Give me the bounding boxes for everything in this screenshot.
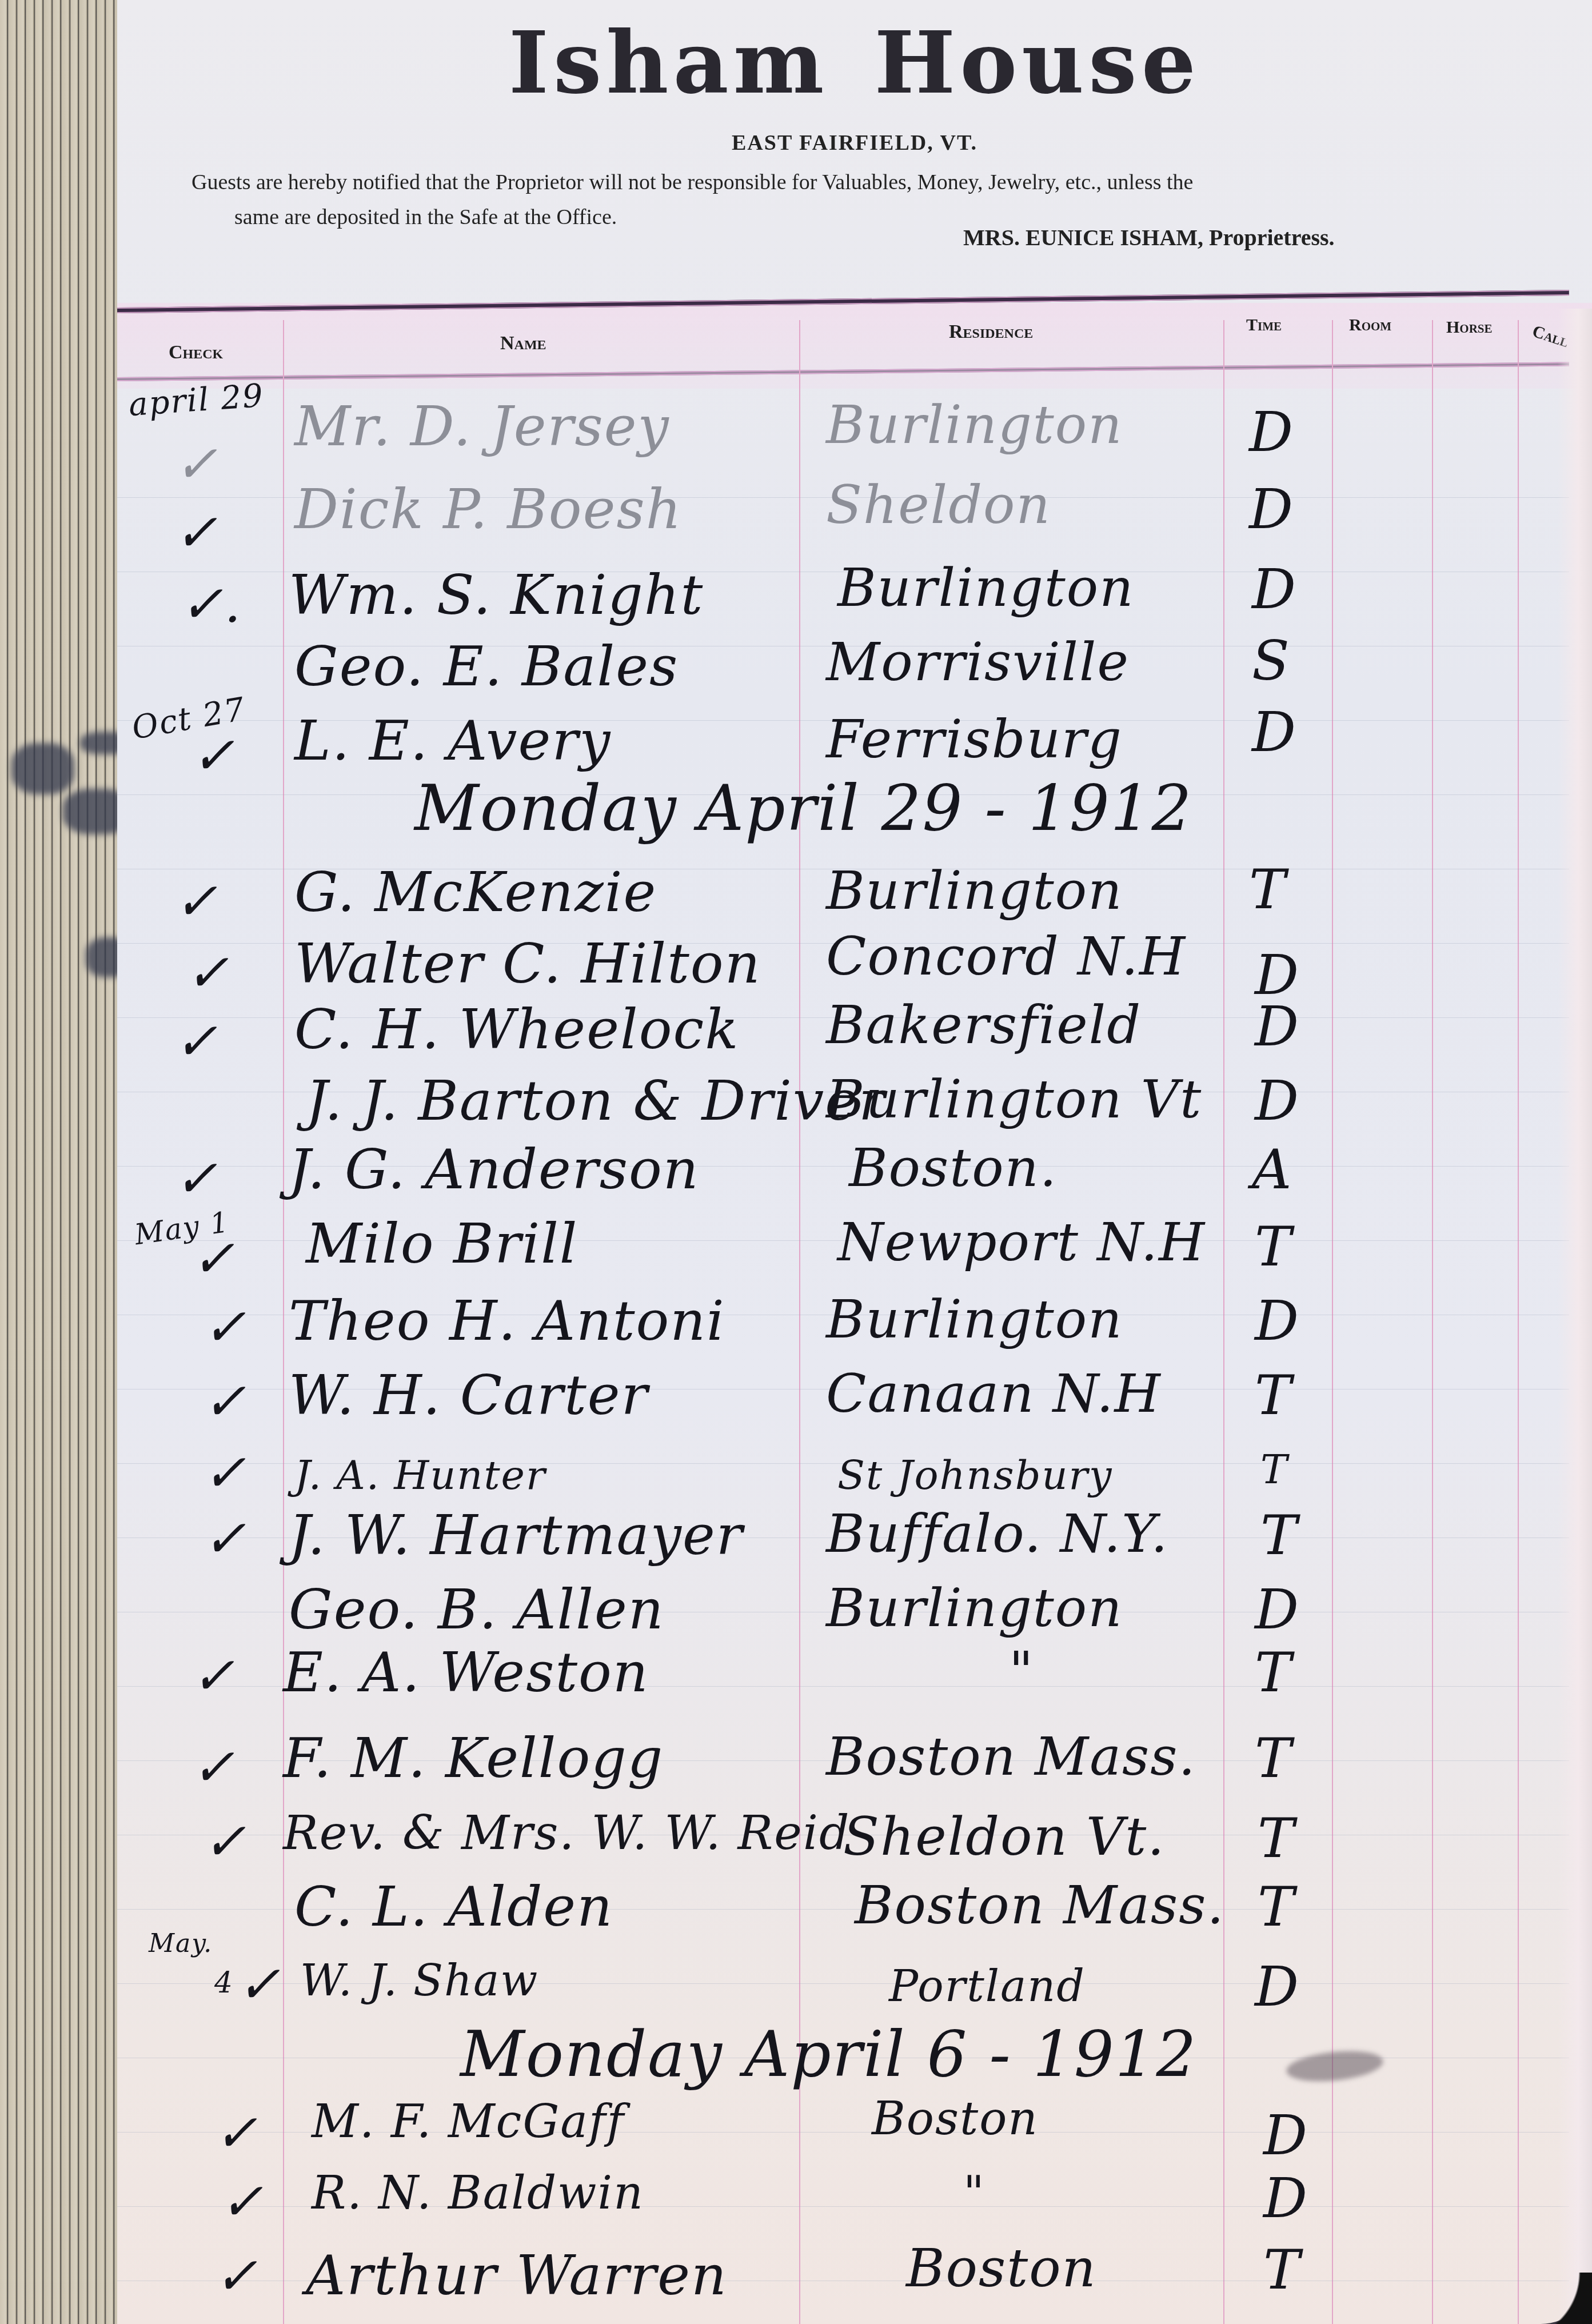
proprietress: MRS. EUNICE ISHAM, Proprietress. [963,224,1335,251]
guest-residence: Burlington [826,394,1123,456]
check-mark: ✓ [174,872,218,932]
guest-name: J. G. Anderson [289,1137,700,1201]
arrival-time: D [1252,557,1297,621]
arrival-time: T [1258,1806,1295,1870]
guest-residence: Boston. [849,1137,1058,1199]
column-header-residence: Residence [949,321,1033,343]
guest-name: F. M. Kellogg [283,1726,664,1790]
check-mark: ✓ [203,1812,247,1872]
arrival-time: D [1255,1069,1300,1133]
arrival-time: D [1252,700,1297,764]
hotel-title-part2: House [874,13,1200,113]
guest-residence: Burlington [826,1289,1123,1350]
guest-name: W. J. Shaw [300,1955,538,2006]
guest-residence: Sheldon Vt. [843,1806,1166,1867]
hotel-title-part1: Isham [509,13,829,113]
check-mark: ✓ [214,2246,258,2306]
check-mark: ✓ [237,1955,281,2015]
column-header-horse: Horse [1446,318,1493,337]
guest-name: J. W. Hartmayer [289,1503,744,1567]
guest-residence: Portland [889,1960,1086,2011]
guest-name: L. E. Avery [294,709,612,773]
guest-residence: Burlington [826,860,1123,921]
arrival-time: T [1255,1215,1292,1279]
guest-name: R. N. Baldwin [312,2166,644,2219]
arrival-time: T [1255,1640,1292,1704]
guest-name: J. A. Hunter [294,1452,546,1499]
guest-name: G. McKenzie [294,860,657,924]
guest-name: C. L. Alden [294,1875,613,1939]
check-mark: ✓ [191,726,236,786]
arrival-time: T [1260,1503,1298,1567]
check-mark: ✓ [191,1229,236,1289]
column-header-time: Time [1246,316,1282,335]
arrival-time: T [1249,857,1287,921]
guest-name: Wm. S. Knight [289,563,704,627]
check-mark: ✓ [174,1149,218,1209]
column-header-check: Check [169,342,223,364]
arrival-time: T [1260,1446,1288,1493]
book-page-edges [0,0,119,2324]
guest-residence: Sheldon [826,474,1051,536]
guest-residence: Burlington Vt [826,1069,1202,1130]
arrival-time: T [1258,1875,1295,1939]
check-mark: ✓ [191,1738,236,1798]
date-heading: Monday April 29 - 1912 [414,772,1193,845]
page-curl-edge [1558,309,1592,2324]
column-divider [1432,320,1433,2324]
guest-name: Mr. D. Jersey [294,394,670,458]
guest-residence: St Johnsbury [837,1452,1113,1499]
safe-notice: Guests are hereby notified that the Prop… [191,166,1535,199]
guest-name: Rev. & Mrs. W. W. Reid [283,1806,851,1860]
guest-name: W. H. Carter [289,1363,649,1427]
guest-residence: " [963,2166,985,2219]
ink-stain [11,743,74,794]
guest-residence: Boston Mass. [855,1875,1225,1936]
arrival-time: S [1252,629,1291,693]
column-divider [1223,320,1224,2324]
guest-name: Walter C. Hilton [294,932,761,996]
guest-residence: Canaan N.H [826,1363,1162,1424]
guest-residence: Burlington [826,1578,1123,1639]
guest-name: Theo H. Antoni [289,1289,725,1353]
guest-residence: Burlington [837,557,1134,618]
guest-name: Arthur Warren [306,2243,728,2307]
arrival-time: T [1263,2238,1301,2302]
check-mark: ✓ [174,503,218,563]
guest-name: M. F. McGaff [312,2095,625,2148]
guest-name: Milo Brill [306,1212,578,1276]
column-divider [283,320,284,2324]
check-mark: ✓ [203,1509,247,1569]
guest-residence: Buffalo. N.Y. [826,1503,1168,1564]
arrival-time: D [1249,477,1294,541]
arrival-time: A [1252,1137,1292,1201]
register-page: IshamHouse EAST FAIRFIELD, VT. Guests ar… [117,0,1592,2324]
guest-residence: Bakersfield [826,995,1142,1056]
guest-name: Geo. B. Allen [289,1578,665,1642]
side-date: May. [149,1929,213,1958]
hotel-title: IshamHouse [117,13,1592,113]
guest-residence: Concord N.H [826,926,1186,987]
arrival-time: D [1255,1578,1300,1642]
arrival-time: D [1255,1955,1300,2019]
check-mark: ✓ [191,1646,236,1706]
check-mark: ✓. [180,574,242,634]
guest-residence: Newport N.H [837,1212,1206,1273]
arrival-time: T [1255,1363,1292,1427]
check-mark: ✓ [174,1012,218,1072]
safe-notice-line2: same are deposited in the Safe at the Of… [234,205,617,230]
guest-name: E. A. Weston [283,1640,649,1704]
check-mark: ✓ [214,2103,258,2163]
guest-residence: Boston [906,2238,1097,2299]
hotel-location: EAST FAIRFIELD, VT. [117,130,1592,155]
guest-name: Dick P. Boesh [294,477,683,541]
arrival-time: D [1249,400,1294,464]
guest-residence: " [1009,1640,1034,1702]
column-divider [1332,320,1333,2324]
guest-name: C. H. Wheelock [294,997,739,1061]
check-mark: ✓ [186,943,230,1003]
guest-name: Geo. E. Bales [294,634,679,698]
arrival-time: T [1255,1726,1292,1790]
guest-residence: Morrisville [826,632,1130,693]
guest-residence: Boston Mass. [826,1726,1196,1787]
check-mark: ✓ [203,1297,247,1357]
column-divider [1518,320,1519,2324]
guest-residence: Boston [872,2092,1039,2145]
column-header-name: Name [500,333,546,354]
date-heading: Monday April 6 - 1912 [460,2018,1198,2091]
arrival-time: D [1255,995,1300,1059]
page-corner-shadow [1512,2273,1592,2324]
arrival-time: D [1263,2103,1308,2167]
guest-name: J. J. Barton & Driver [306,1069,886,1133]
column-header-room: Room [1349,316,1391,335]
check-mark: ✓ [174,434,218,494]
check-mark: ✓ [203,1372,247,1432]
guest-residence: Ferrisburg [826,709,1123,770]
arrival-time: D [1263,2166,1308,2230]
arrival-time: D [1255,1289,1300,1353]
ink-smudge [1285,2047,1384,2085]
check-mark: ✓ [220,2172,264,2232]
check-mark: ✓ [203,1443,247,1503]
side-date: 4 [214,1966,234,1999]
